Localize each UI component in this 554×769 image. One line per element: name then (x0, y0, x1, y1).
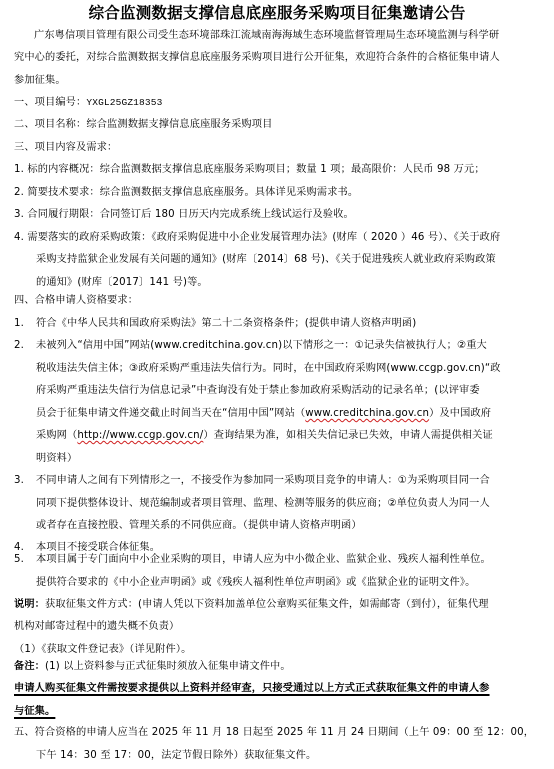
section-4-item-2-line-1: 未被列入“信用中国”网站(www.creditchina.gov.cn)以下情形… (36, 339, 487, 353)
section-4-heading: 四、合格申请人资格要求： (14, 294, 138, 308)
remark-line: 备注：(1) 以上资料参与正式征集时须放入征集申请文件中。 (14, 660, 291, 674)
section-3-item-4-line-3: 的通知》(财库〔2017〕141 号)等。 (36, 276, 208, 290)
note-text: 获取征集文件方式：(申请人凭以下资料加盖单位公章购买征集文件，如需邮寄（到付），… (45, 599, 489, 610)
page-title: 综合监测数据支撑信息底座服务采购项目征集邀请公告 (0, 3, 554, 23)
section-3-heading: 三、项目内容及需求： (14, 141, 117, 155)
text-segment: 采购网（ (36, 430, 77, 441)
section-4-item-2-line-6: 明资料） (36, 452, 77, 466)
note-item-1: （1）《获取文件登记表》（详见附件）。 (14, 643, 191, 657)
section-4-item-3-line-1: 不同申请人之间有下列情形之一，不接受作为参加同一采购项目竞争的申请人：①为采购项… (36, 474, 490, 488)
section-3-item-3: 3. 合同履行期限：合同签订后 180 日历天内完成系统上线试运行及验收。 (14, 208, 354, 222)
section-5-line-1: 五、符合资格的申请人应当在 2025 年 11 月 18 日起至 2025 年 … (14, 726, 534, 740)
section-4-item-2-number: 2. (14, 339, 24, 353)
project-number-label: 一、项目编号： (14, 97, 86, 108)
section-5-line-2: 下午 14：30 至 17：00，法定节假日除外）获取征集文件。 (36, 749, 316, 763)
section-4-item-5-line-1: 本项目属于专门面向中小企业采购的项目，申请人应为中小微企业、监狱企业、残疾人福利… (36, 553, 491, 567)
section-4-item-2-line-2: 税收违法失信主体；③政府采购严重违法失信行为。同时，在中国政府采购网(www.c… (36, 362, 501, 376)
note-line-1: 说明：获取征集文件方式：(申请人凭以下资料加盖单位公章购买征集文件，如需邮寄（到… (14, 598, 489, 612)
creditchina-link[interactable]: www.creditchina.gov.cn (305, 408, 429, 419)
section-4-item-2-line-4: 员会于征集申请文件递交截止时间当天在“信用中国”网站（www.creditchi… (36, 407, 491, 421)
section-1-project-number: 一、项目编号：YXGL25GZ18353 (14, 96, 162, 110)
section-4-item-1-number: 1. (14, 317, 24, 331)
section-4-item-5-line-2: 提供符合要求的《中小企业声明函》或《残疾人福利性单位声明函》或《监狱企业的证明文… (36, 576, 475, 590)
project-number-value: YXGL25GZ18353 (86, 97, 162, 108)
section-2-project-name: 二、项目名称：综合监测数据支撑信息底座服务采购项目 (14, 118, 272, 132)
section-4-item-2-line-3: 府采购严重违法失信行为信息记录”中查询没有处于禁止参加政府采购活动的记录名单；(… (36, 384, 480, 398)
note-line-2: 机构对邮寄过程中的遗失概不负责） (14, 620, 179, 634)
section-4-item-3-line-3: 或者存在直接控股、管理关系的不同供应商。（提供申请人资格声明函） (36, 519, 362, 533)
remark-label: 备注： (14, 661, 45, 672)
emphasis-line-1: 申请人购买征集文件需按要求提供以上资料并经审查，只接受通过以上方式正式获取征集文… (14, 682, 490, 696)
intro-line-1: 广东粤信项目管理有限公司受生态环境部珠江流域南海海域生态环境监督管理局生态环境监… (34, 29, 499, 43)
section-4-item-3-number: 3. (14, 474, 24, 488)
section-3-item-2: 2. 简要技术要求：综合监测数据支撑信息底座服务。具体详见采购需求书。 (14, 186, 358, 200)
intro-line-2: 究中心的委托，对综合监测数据支撑信息底座服务采购项目进行公开征集，欢迎符合条件的… (14, 51, 500, 65)
remark-text: (1) 以上资料参与正式征集时须放入征集申请文件中。 (45, 661, 291, 672)
section-3-item-4-line-1: 4. 需要落实的政府采购政策：《政府采购促进中小企业发展管理办法》(财库（ 20… (14, 231, 500, 245)
section-4-item-1: 符合《中华人民共和国政府采购法》第二十二条资格条件；(提供申请人资格声明函) (36, 317, 416, 331)
text-segment: ）查询结果为准，如相关失信记录已失效，申请人需提供相关证 (203, 430, 492, 441)
section-3-item-4-line-2: 采购支持监狱企业发展有关问题的通知》(财库〔2014〕68 号)、《关于促进残疾… (36, 253, 496, 267)
text-segment: ）及中国政府 (429, 408, 491, 419)
intro-line-3: 参加征集。 (14, 74, 66, 88)
section-4-item-5-number: 5. (14, 553, 24, 567)
section-3-item-1: 1. 标的内容概况：综合监测数据支撑信息底座服务采购项目；数量 1 项；最高限价… (14, 163, 485, 177)
document-page: 综合监测数据支撑信息底座服务采购项目征集邀请公告 广东粤信项目管理有限公司受生态… (0, 0, 554, 769)
ccgp-link[interactable]: http://www.ccgp.gov.cn/ (77, 430, 203, 441)
note-label: 说明： (14, 599, 45, 610)
emphasis-line-2: 与征集。 (14, 705, 55, 719)
section-4-item-2-line-5: 采购网（http://www.ccgp.gov.cn/）查询结果为准，如相关失信… (36, 429, 493, 443)
section-4-item-3-line-2: 同项下提供整体设计、规范编制或者项目管理、监理、检测等服务的供应商；②单位负责人… (36, 497, 490, 511)
text-segment: 员会于征集申请文件递交截止时间当天在“信用中国”网站（ (36, 408, 305, 419)
